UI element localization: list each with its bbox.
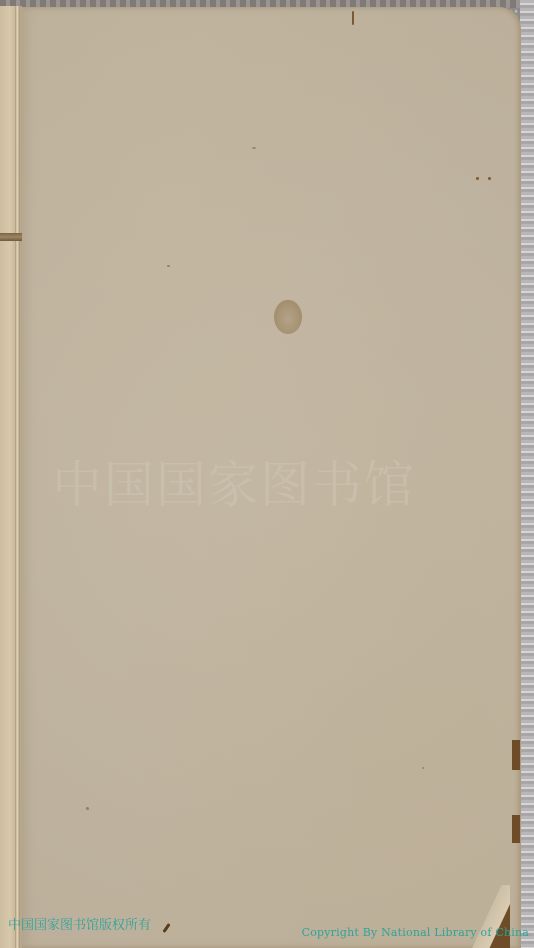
scan-right-edge [520,0,534,948]
speck [352,11,354,25]
copyright-caption-chinese: 中国国家图书馆版权所有 [8,914,151,933]
binding-gutter [15,6,20,948]
water-stain [274,300,302,334]
binding-thread [0,233,22,241]
copyright-caption-english: Copyright By National Library of China [302,926,529,939]
speck [422,767,424,769]
speck [476,177,479,180]
speck [86,807,89,810]
speck [488,177,491,180]
binding-tab [512,740,520,770]
binding-tab [512,815,520,843]
library-watermark: 中国国家图书馆 [52,445,492,517]
speck [167,265,170,267]
speck [252,147,256,149]
